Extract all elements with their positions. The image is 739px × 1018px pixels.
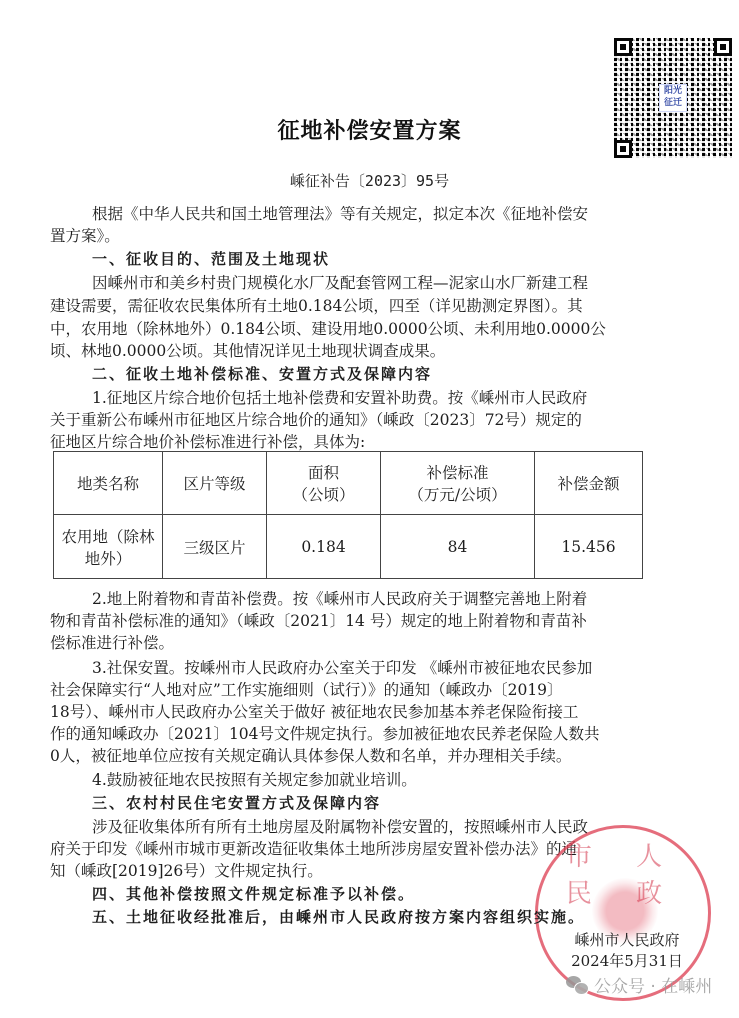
- section-2-item-3-line-1: 3.社保安置。按嵊州市人民政府办公室关于印发 《嵊州市被征地农民参加: [50, 657, 732, 679]
- section-2-item-3-line-3: 18号）、嵊州市人民政府办公室关于做好 被征地农民参加基本养老保险衔接工: [50, 701, 690, 723]
- section-2-item-2-line-1: 2.地上附着物和青苗补偿费。按《嵊州市人民政府关于调整完善地上附着: [50, 588, 732, 610]
- issuer-name: 嵊州市人民政府: [547, 929, 707, 950]
- cell-amount: 15.456: [535, 515, 643, 579]
- section-2-item-4: 4.鼓励被征地农民按照有关规定参加就业培训。: [50, 769, 732, 791]
- section-5-heading: 五、土地征收经批准后，由嵊州市人民政府按方案内容组织实施。: [50, 906, 732, 928]
- intro-line-1: 根据《中华人民共和国土地管理法》等有关规定，拟定本次《征地补偿安: [50, 203, 732, 225]
- section-1-line-4: 顷、林地0.0000公顷。其他情况详见土地现状调查成果。: [50, 340, 690, 362]
- cell-area: 0.184: [267, 515, 381, 579]
- cell-land-type: 农用地（除林地外）: [54, 515, 163, 579]
- section-1-line-2: 建设需要，需征收农民集体所有土地0.184公顷，四至（详见勘测定界图）。其: [50, 295, 690, 317]
- table-row: 农用地（除林地外） 三级区片 0.184 84 15.456: [54, 515, 643, 579]
- header-land-type: 地类名称: [54, 452, 163, 515]
- qr-finder-top-left: [614, 38, 632, 56]
- section-2-item-2-line-2: 物和青苗补偿标准的通知》（嵊政〔2021〕14 号）规定的地上附着物和青苗补: [50, 610, 690, 632]
- intro-line-2: 置方案》。: [50, 225, 690, 247]
- section-1-line-1: 因嵊州市和美乡村贵门规模化水厂及配套管网工程—泥家山水厂新建工程: [50, 272, 732, 294]
- section-2-item-2-line-3: 偿标准进行补偿。: [50, 632, 690, 654]
- document-number: 嵊征补告〔2023〕95号: [0, 170, 739, 191]
- section-2-item-1-line-1: 1.征地区片综合地价包括土地补偿费和安置补助费。按《嵊州市人民政府: [50, 387, 732, 409]
- header-amount: 补偿金额: [535, 452, 643, 515]
- issue-date: 2024年5月31日: [547, 950, 707, 971]
- section-2-item-1-line-2: 关于重新公布嵊州市征地区片综合地价的通知》（嵊政〔2023〕72号）规定的: [50, 409, 690, 431]
- cell-zone-grade: 三级区片: [163, 515, 267, 579]
- watermark: 公众号 · 在嵊州: [566, 972, 712, 997]
- header-area: 面积（公顷）: [267, 452, 381, 515]
- section-1-heading: 一、征收目的、范围及土地现状: [50, 248, 732, 270]
- document-title: 征地补偿安置方案: [0, 114, 739, 145]
- qr-finder-top-right: [714, 38, 732, 56]
- section-2-item-3-line-5: 0人，被征地单位应按有关规定确认具体参保人数和名单，并办理相关手续。: [50, 745, 690, 767]
- wechat-icon: [566, 976, 588, 994]
- section-2-item-3-line-4: 作的通知嵊政办〔2021〕104号文件规定执行。参加被征地农民养老保险人数共: [50, 723, 690, 745]
- table-header-row: 地类名称 区片等级 面积（公顷） 补偿标准（万元/公顷） 补偿金额: [54, 452, 643, 515]
- section-2-heading: 二、征收土地补偿标准、安置方式及保障内容: [50, 363, 732, 385]
- section-4-heading: 四、其他补偿按照文件规定标准予以补偿。: [50, 883, 732, 905]
- section-2-item-3-line-2: 社会保障实行“人地对应”工作实施细则（试行）》的通知（嵊政办〔2019〕: [50, 679, 690, 701]
- section-3-heading: 三、农村村民住宅安置方式及保障内容: [50, 792, 732, 814]
- qr-logo: 阳光 征迁: [659, 84, 687, 112]
- section-2-item-1-line-3: 征地区片综合地价补偿标准进行补偿，具体为:: [50, 431, 690, 453]
- section-1-line-3: 中，农用地（除林地外）0.184公顷、建设用地0.0000公顷、未利用地0.00…: [50, 318, 690, 340]
- compensation-table: 地类名称 区片等级 面积（公顷） 补偿标准（万元/公顷） 补偿金额 农用地（除林…: [53, 451, 643, 579]
- cell-standard: 84: [381, 515, 535, 579]
- header-zone-grade: 区片等级: [163, 452, 267, 515]
- watermark-text: 公众号 · 在嵊州: [594, 972, 712, 997]
- header-standard: 补偿标准（万元/公顷）: [381, 452, 535, 515]
